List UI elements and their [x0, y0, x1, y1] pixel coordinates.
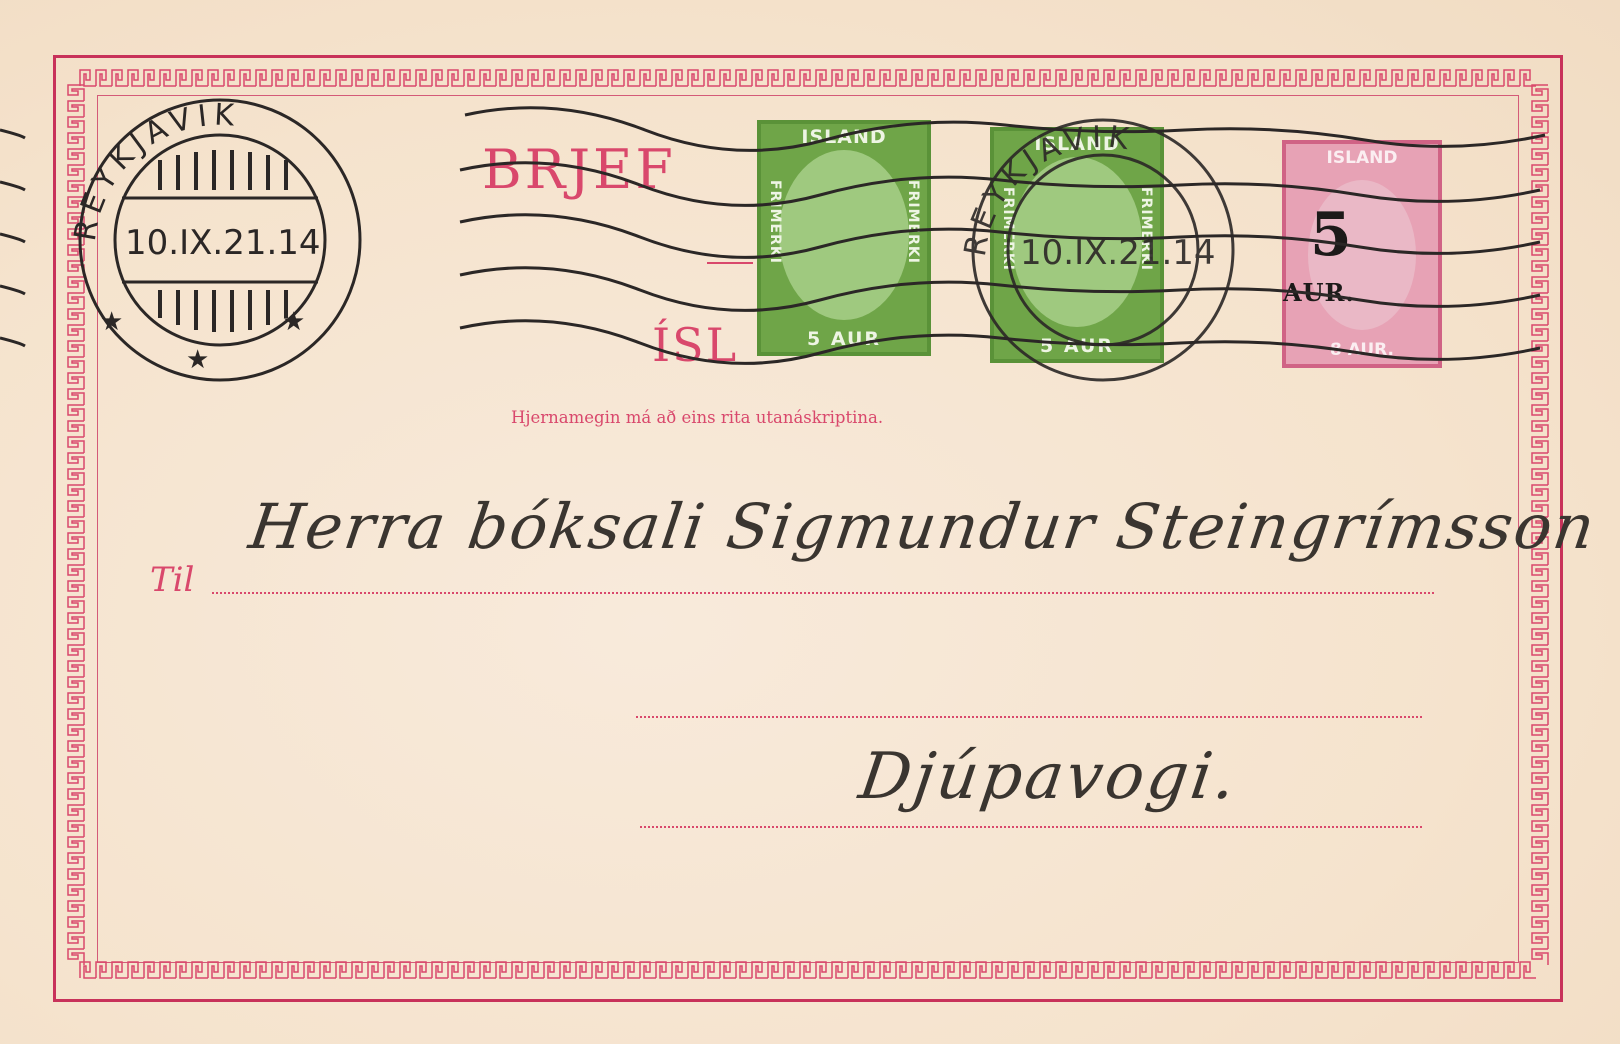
svg-text:★: ★	[186, 345, 209, 375]
handwritten-destination: Djúpavogi.	[855, 740, 1243, 814]
svg-text:★: ★	[282, 307, 305, 337]
handwritten-recipient: Herra bóksali Sigmundur Steingrímsson	[245, 490, 1601, 563]
svg-text:10.IX.21.14: 10.IX.21.14	[1020, 233, 1216, 273]
svg-text:10.IX.21.14: 10.IX.21.14	[125, 223, 321, 263]
postcard: BRJEF ÍSL Hjernamegin má að eins rita ut…	[0, 0, 1620, 1044]
svg-text:★: ★	[100, 307, 123, 337]
